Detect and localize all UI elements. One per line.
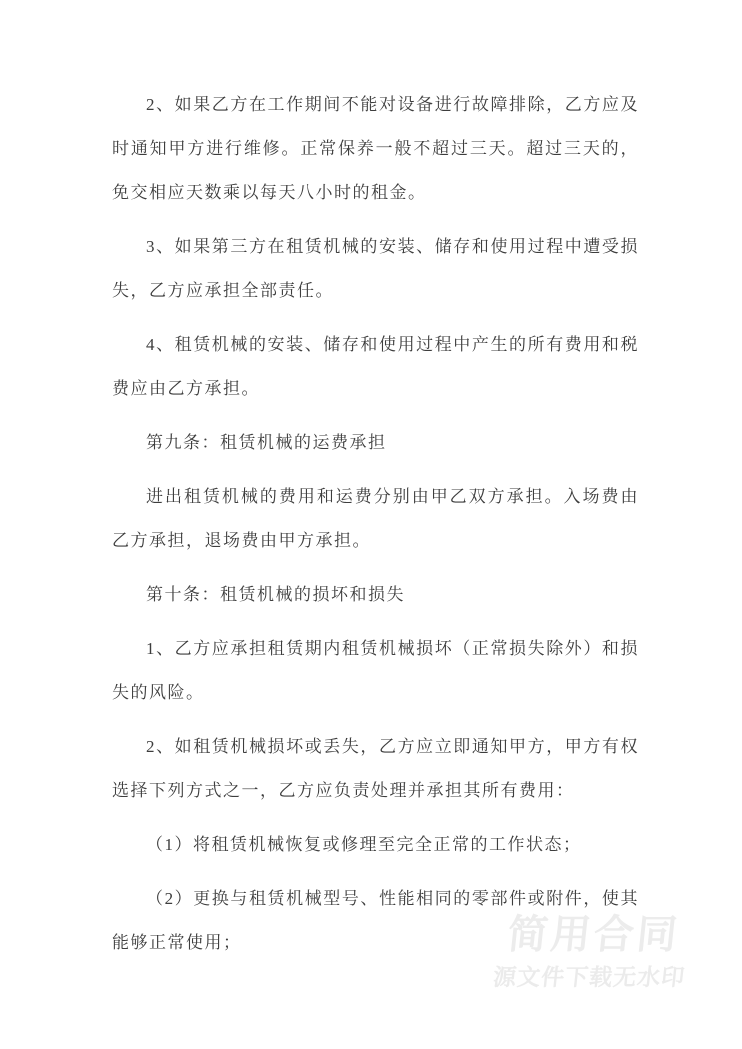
document-page: 2、如果乙方在工作期间不能对设备进行故障排除，乙方应及时通知甲方进行维修。正常保…	[0, 0, 742, 1049]
paragraph: （1）将租赁机械恢复或修理至完全正常的工作状态；	[112, 823, 639, 867]
document-body: 2、如果乙方在工作期间不能对设备进行故障排除，乙方应及时通知甲方进行维修。正常保…	[112, 83, 639, 975]
paragraph: 1、乙方应承担租赁期内租赁机械损坏（正常损失除外）和损失的风险。	[112, 627, 639, 715]
paragraph: 4、租赁机械的安装、储存和使用过程中产生的所有费用和税费应由乙方承担。	[112, 323, 639, 411]
paragraph: 进出租赁机械的费用和运费分别由甲乙双方承担。入场费由乙方承担，退场费由甲方承担。	[112, 475, 639, 563]
paragraph: 第九条：租赁机械的运费承担	[112, 421, 639, 465]
paragraph: 2、如租赁机械损坏或丢失，乙方应立即通知甲方，甲方有权选择下列方式之一，乙方应负…	[112, 725, 639, 813]
paragraph: 第十条：租赁机械的损坏和损失	[112, 573, 639, 617]
paragraph: （2）更换与租赁机械型号、性能相同的零部件或附件，使其能够正常使用；	[112, 877, 639, 965]
paragraph: 2、如果乙方在工作期间不能对设备进行故障排除，乙方应及时通知甲方进行维修。正常保…	[112, 83, 639, 215]
paragraph: 3、如果第三方在租赁机械的安装、储存和使用过程中遭受损失，乙方应承担全部责任。	[112, 225, 639, 313]
